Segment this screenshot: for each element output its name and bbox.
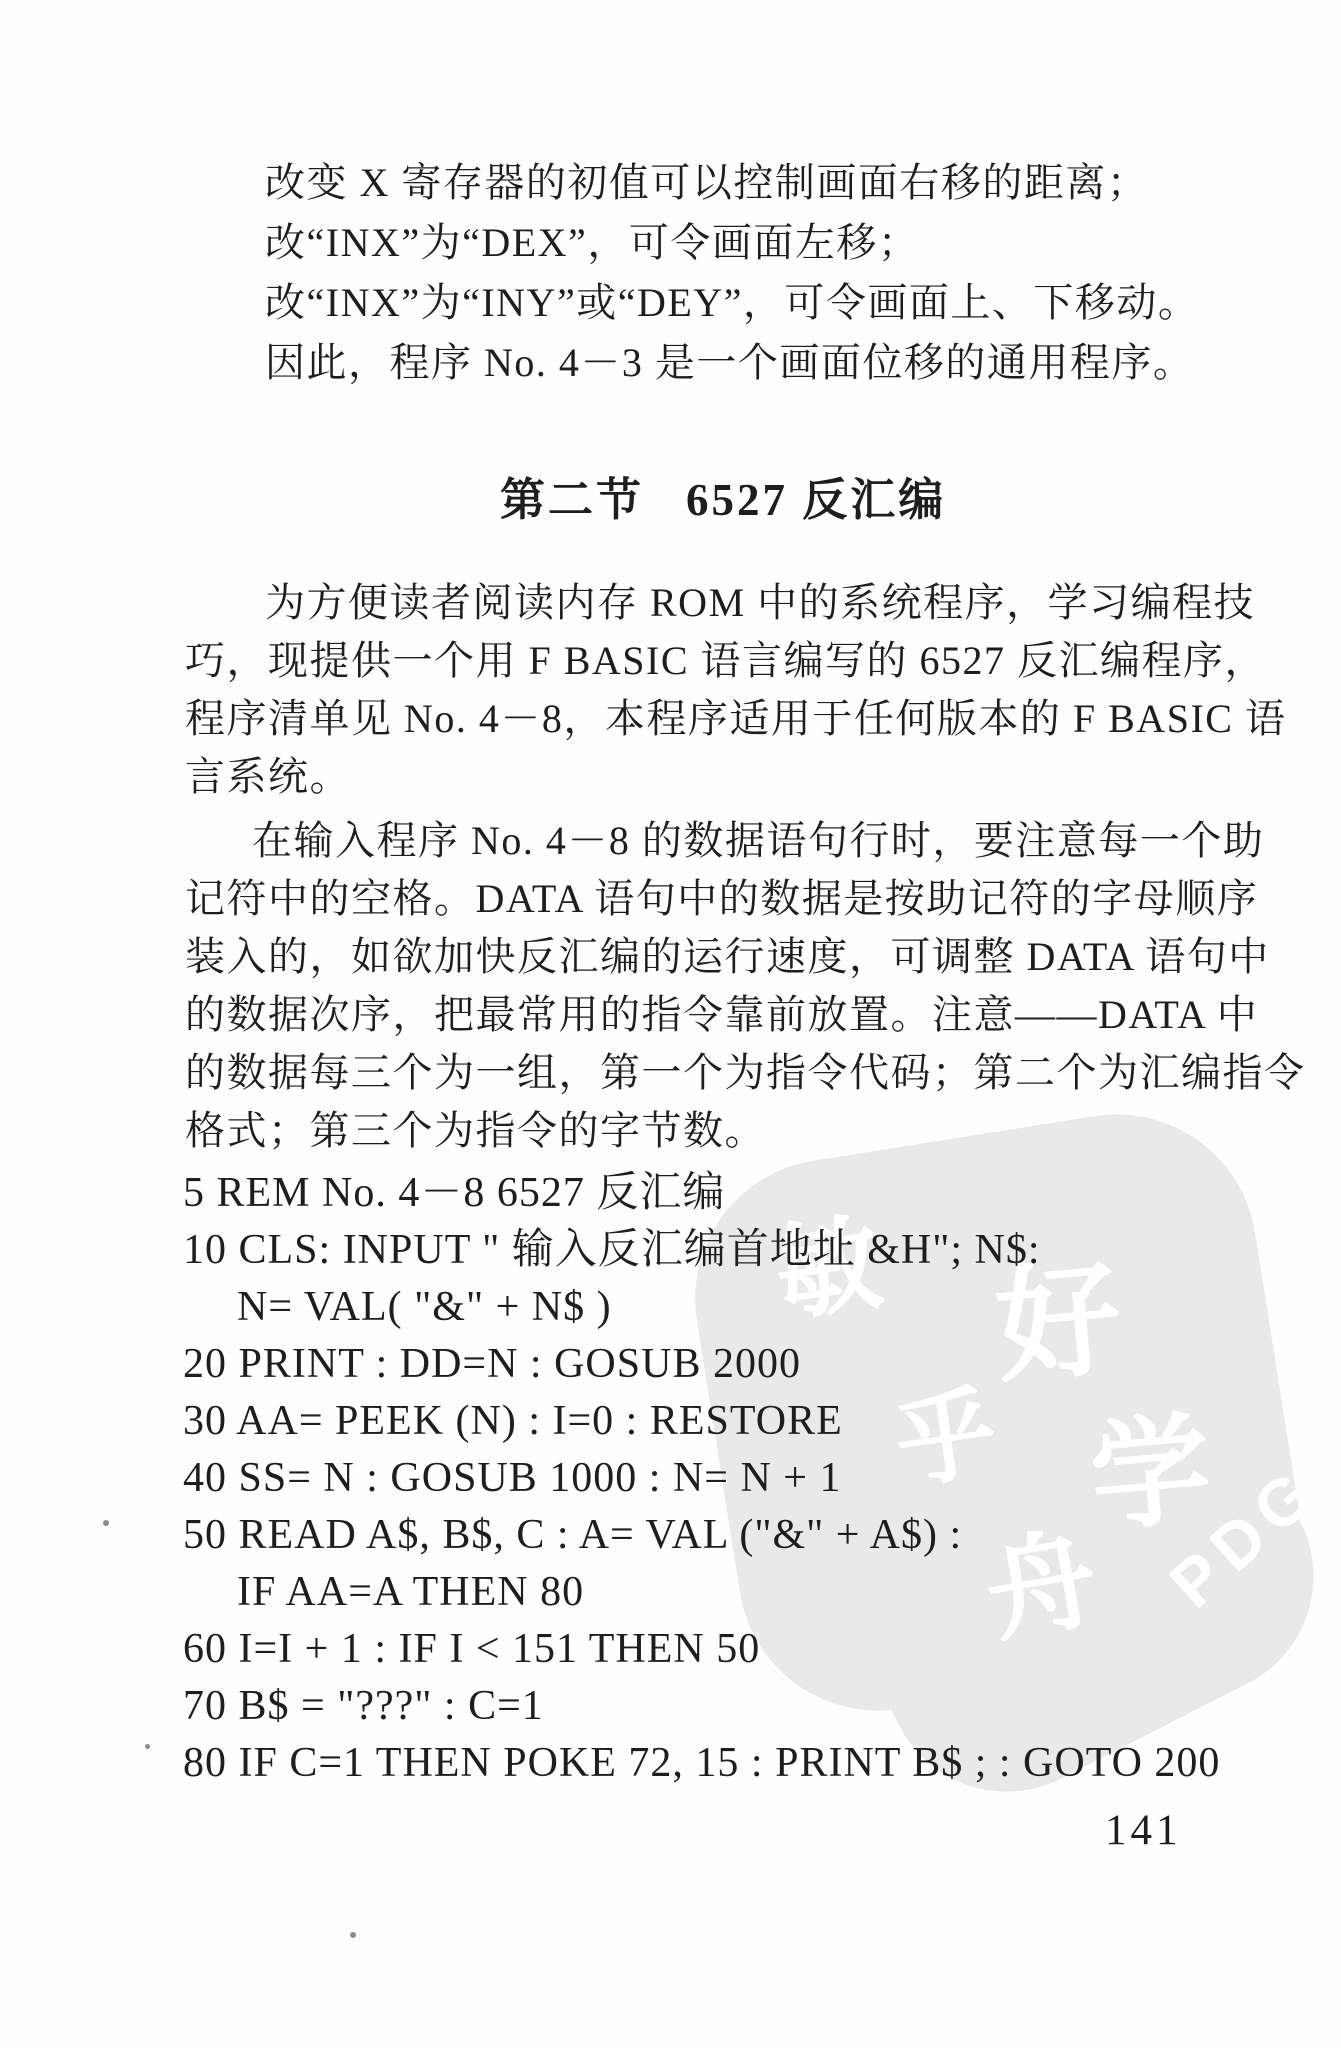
code-line: 40 SS= N : GOSUB 1000 : N= N + 1 bbox=[183, 1453, 841, 1503]
paragraph-line: 在输入程序 No. 4－8 的数据语句行时，要注意每一个助 bbox=[252, 816, 1264, 866]
code-line: 20 PRINT : DD=N : GOSUB 2000 bbox=[183, 1339, 801, 1389]
intro-line: 改变 X 寄存器的初值可以控制画面右移的距离； bbox=[265, 158, 1148, 208]
intro-line: 改“INX”为“DEX”，可令画面左移； bbox=[265, 218, 919, 268]
paragraph-line: 程序清单见 No. 4－8，本程序适用于任何版本的 F BASIC 语 bbox=[185, 694, 1286, 744]
watermark-calligraphy-glyph: 乎 bbox=[885, 1352, 1004, 1509]
paragraph-line: 格式；第三个为指令的字节数。 bbox=[185, 1106, 766, 1156]
code-line: 60 I=I + 1 : IF I < 151 THEN 50 bbox=[183, 1624, 760, 1674]
book-page: 敏 好 乎 学 舟 PDG 改变 X 寄存器的初值可以控制画面右移的距离； 改“… bbox=[0, 0, 1341, 2048]
code-line: 10 CLS: INPUT " 输入反汇编首地址 &H"; N$: bbox=[183, 1225, 1041, 1275]
paragraph-line: 的数据次序，把最常用的指令靠前放置。注意——DATA 中 bbox=[185, 990, 1258, 1040]
code-continuation-line: N= VAL( "&" + N$ ) bbox=[237, 1282, 612, 1332]
paragraph-line: 记符中的空格。DATA 语句中的数据是按助记符的字母顺序 bbox=[185, 874, 1258, 924]
code-line: 50 READ A$, B$, C : A= VAL ("&" + A$) : bbox=[183, 1510, 962, 1560]
section-heading: 第二节6527 反汇编 bbox=[500, 473, 946, 527]
paragraph-line: 的数据每三个为一组，第一个为指令代码；第二个为汇编指令 bbox=[185, 1048, 1306, 1098]
code-line: 5 REM No. 4－8 6527 反汇编 bbox=[183, 1168, 725, 1218]
code-line: 70 B$ = "???" : C=1 bbox=[183, 1681, 544, 1731]
intro-line: 因此，程序 No. 4－3 是一个画面位移的通用程序。 bbox=[265, 338, 1194, 388]
paragraph-line: 装入的，如欲加快反汇编的运行速度，可调整 DATA 语句中 bbox=[185, 932, 1270, 982]
code-continuation-line: IF AA=A THEN 80 bbox=[237, 1567, 584, 1617]
code-line: 30 AA= PEEK (N) : I=0 : RESTORE bbox=[183, 1396, 843, 1446]
scan-speck bbox=[350, 1932, 356, 1938]
section-number: 第二节 bbox=[500, 475, 644, 525]
scan-speck bbox=[103, 1520, 109, 1526]
paragraph-line: 言系统。 bbox=[185, 752, 351, 802]
scan-speck bbox=[145, 1744, 150, 1749]
page-number: 141 bbox=[1105, 1806, 1182, 1855]
paragraph-line: 为方便读者阅读内存 ROM 中的系统程序，学习编程技 bbox=[265, 578, 1255, 628]
paragraph-line: 巧，现提供一个用 F BASIC 语言编写的 6527 反汇编程序， bbox=[185, 636, 1266, 686]
code-line: 80 IF C=1 THEN POKE 72, 15 : PRINT B$ ; … bbox=[183, 1738, 1220, 1788]
section-title: 6527 反汇编 bbox=[686, 475, 946, 525]
intro-line: 改“INX”为“INY”或“DEY”，可令画面上、下移动。 bbox=[265, 278, 1199, 328]
